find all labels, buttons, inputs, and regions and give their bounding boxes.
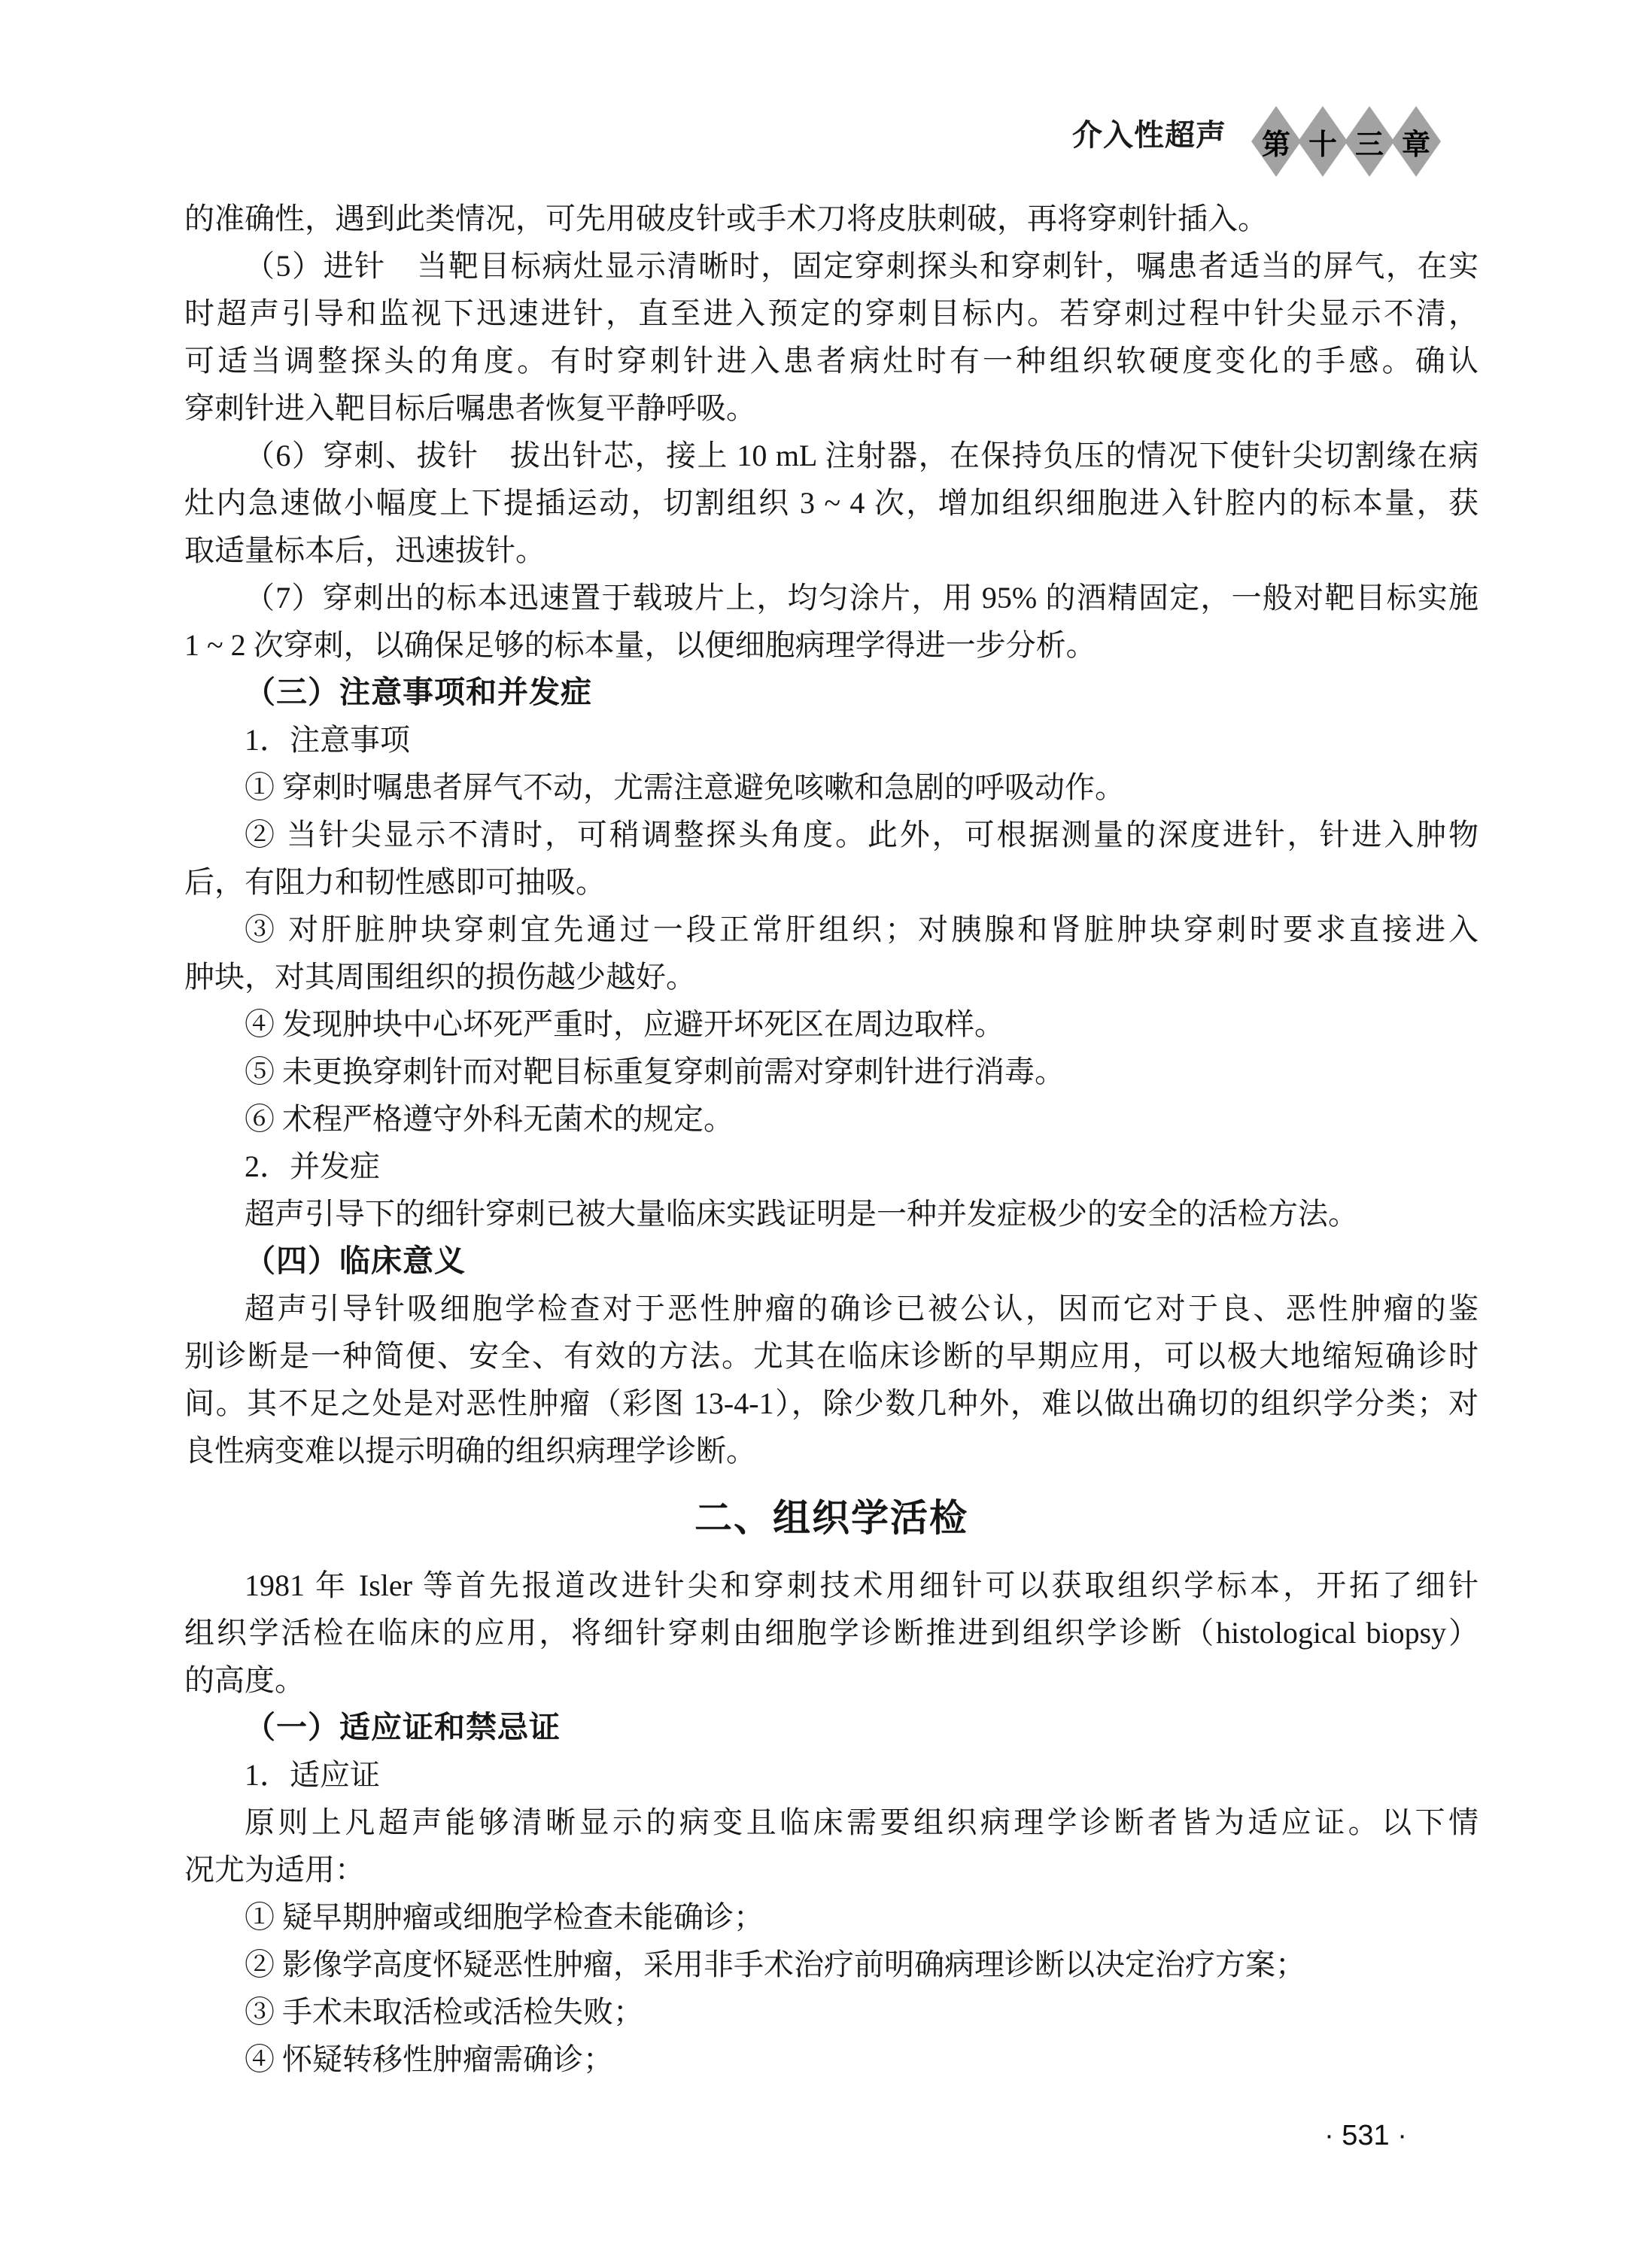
body-line: 况尤为适用： bbox=[184, 1846, 1479, 1893]
chapter-marker: 第十三章 bbox=[1251, 106, 1441, 177]
running-title: 介入性超声 bbox=[1072, 120, 1226, 150]
body-line: ④ 怀疑转移性肿瘤需确诊； bbox=[184, 2036, 1479, 2083]
body-line: 别诊断是一种简便、安全、有效的方法。尤其在临床诊断的早期应用，可以极大地缩短确诊… bbox=[184, 1332, 1479, 1380]
body-line: 取适量标本后，迅速拔针。 bbox=[184, 527, 1479, 574]
body-line: ⑤ 未更换穿刺针而对靶目标重复穿刺前需对穿刺针进行消毒。 bbox=[184, 1048, 1479, 1095]
body-line: 1 ~ 2 次穿刺，以确保足够的标本量，以便细胞病理学得进一步分析。 bbox=[184, 621, 1479, 669]
body-line: ③ 对肝脏肿块穿刺宜先通过一段正常肝组织；对胰腺和肾脏肿块穿刺时要求直接进入 bbox=[184, 906, 1479, 953]
body-line: ③ 手术未取活检或活检失败； bbox=[184, 1988, 1479, 2036]
body-line: 1981 年 Isler 等首先报道改进针尖和穿刺技术用细针可以获取组织学标本，… bbox=[184, 1562, 1479, 1609]
chapter-diamond-char: 十 bbox=[1308, 121, 1337, 162]
body-line: 原则上凡超声能够清晰显示的病变且临床需要组织病理学诊断者皆为适应证。以下情 bbox=[184, 1799, 1479, 1846]
body-line: 超声引导针吸细胞学检查对于恶性肿瘤的确诊已被公认，因而它对于良、恶性肿瘤的鉴 bbox=[184, 1285, 1479, 1332]
body-line: （6）穿刺、拔针 拔出针芯，接上 10 mL 注射器，在保持负压的情况下使针尖切… bbox=[184, 432, 1479, 479]
chapter-diamond: 三 bbox=[1345, 106, 1394, 177]
subsection-heading: （一）适应证和禁忌证 bbox=[184, 1704, 1479, 1751]
chapter-diamond: 第 bbox=[1251, 106, 1301, 177]
body-line: 穿刺针进入靶目标后嘱患者恢复平静呼吸。 bbox=[184, 384, 1479, 432]
body-line: 的准确性，遇到此类情况，可先用破皮针或手术刀将皮肤刺破，再将穿刺针插入。 bbox=[184, 195, 1479, 242]
body-line: ① 穿刺时嘱患者屏气不动，尤需注意避免咳嗽和急剧的呼吸动作。 bbox=[184, 764, 1479, 811]
body-line: 可适当调整探头的角度。有时穿刺针进入患者病灶时有一种组织软硬度变化的手感。确认 bbox=[184, 337, 1479, 384]
body-line: ⑥ 术程严格遵守外科无菌术的规定。 bbox=[184, 1095, 1479, 1143]
body-line: ① 疑早期肿瘤或细胞学检查未能确诊； bbox=[184, 1893, 1479, 1941]
book-page: 介入性超声 第十三章 的准确性，遇到此类情况，可先用破皮针或手术刀将皮肤刺破，再… bbox=[0, 0, 1629, 2268]
section-title: 二、组织学活检 bbox=[184, 1474, 1479, 1562]
numbered-subheading: 2．并发症 bbox=[184, 1143, 1479, 1190]
body-line: ④ 发现肿块中心坏死严重时，应避开坏死区在周边取样。 bbox=[184, 1000, 1479, 1048]
chapter-diamond: 十 bbox=[1298, 106, 1348, 177]
body-line: （5）进针 当靶目标病灶显示清晰时，固定穿刺探头和穿刺针，嘱患者适当的屏气，在实 bbox=[184, 242, 1479, 290]
numbered-subheading: 1．注意事项 bbox=[184, 716, 1479, 764]
body-line: （7）穿刺出的标本迅速置于载玻片上，均匀涂片，用 95% 的酒精固定，一般对靶目… bbox=[184, 574, 1479, 621]
body-line: 间。其不足之处是对恶性肿瘤（彩图 13-4-1），除少数几种外，难以做出确切的组… bbox=[184, 1380, 1479, 1427]
chapter-diamond-char: 第 bbox=[1262, 121, 1290, 162]
page-number: · 531 · bbox=[1313, 2120, 1418, 2151]
subsection-heading: （四）临床意义 bbox=[184, 1237, 1479, 1285]
text-content: 的准确性，遇到此类情况，可先用破皮针或手术刀将皮肤刺破，再将穿刺针插入。（5）进… bbox=[184, 195, 1479, 2083]
chapter-diamond-char: 三 bbox=[1355, 121, 1384, 162]
chapter-diamond-char: 章 bbox=[1402, 121, 1430, 162]
body-line: 肿块，对其周围组织的损伤越少越好。 bbox=[184, 953, 1479, 1000]
body-line: ② 当针尖显示不清时，可稍调整探头角度。此外，可根据测量的深度进针，针进入肿物 bbox=[184, 811, 1479, 858]
body-line: 灶内急速做小幅度上下提插运动，切割组织 3 ~ 4 次，增加组织细胞进入针腔内的… bbox=[184, 479, 1479, 527]
body-line: 良性病变难以提示明确的组织病理学诊断。 bbox=[184, 1427, 1479, 1474]
subsection-heading: （三）注意事项和并发症 bbox=[184, 669, 1479, 716]
body-line: 的高度。 bbox=[184, 1656, 1479, 1704]
numbered-subheading: 1．适应证 bbox=[184, 1751, 1479, 1799]
body-line: ② 影像学高度怀疑恶性肿瘤，采用非手术治疗前明确病理诊断以决定治疗方案； bbox=[184, 1941, 1479, 1988]
chapter-diamond: 章 bbox=[1391, 106, 1441, 177]
body-line: 后，有阻力和韧性感即可抽吸。 bbox=[184, 858, 1479, 906]
body-line: 时超声引导和监视下迅速进针，直至进入预定的穿刺目标内。若穿刺过程中针尖显示不清， bbox=[184, 290, 1479, 337]
body-line: 组织学活检在临床的应用，将细针穿刺由细胞学诊断推进到组织学诊断（histolog… bbox=[184, 1609, 1479, 1656]
body-line: 超声引导下的细针穿刺已被大量临床实践证明是一种并发症极少的安全的活检方法。 bbox=[184, 1190, 1479, 1237]
